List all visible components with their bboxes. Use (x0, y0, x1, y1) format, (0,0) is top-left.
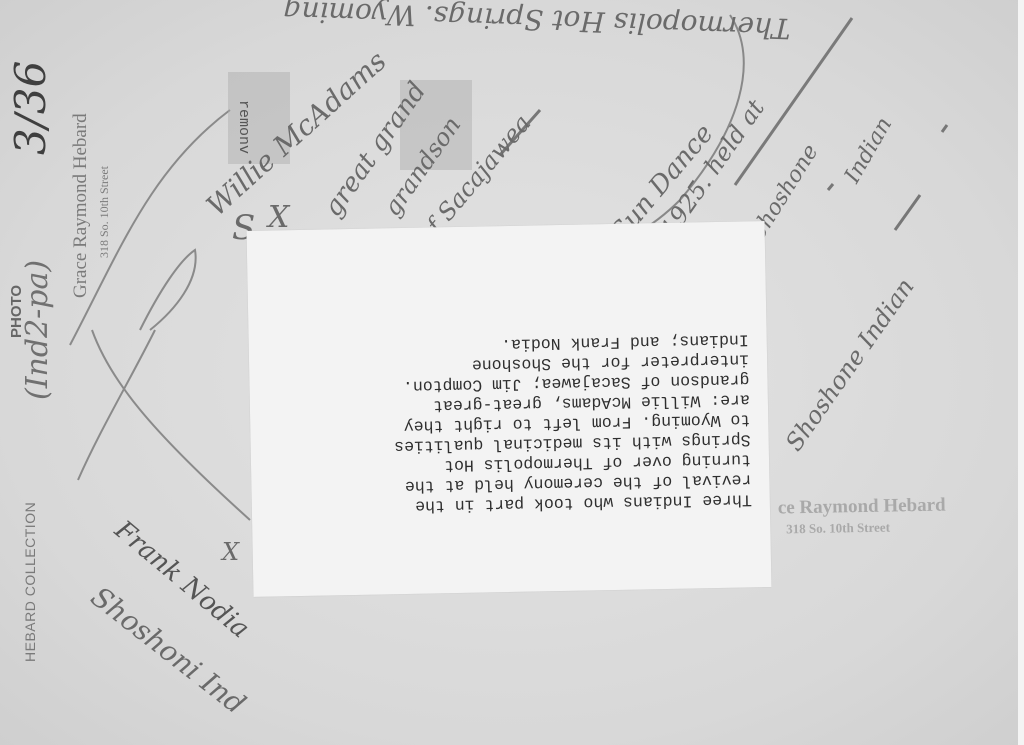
typed-caption: Three Indians who took part in the reviv… (279, 329, 752, 518)
tape-label: remonv (235, 100, 252, 154)
photo-label: PHOTO (8, 285, 25, 338)
faded-photographer-stamp: ce Raymond Hebard 318 So. 10th Street (778, 495, 947, 538)
faded-stamp-address: 318 So. 10th Street (786, 519, 946, 538)
photographer-address: 318 So. 10th Street (97, 166, 112, 258)
photographer-name: Grace Raymond Hebard (70, 113, 92, 298)
photo-back: remonv 3/36 (Ind2-pa) PHOTO Grace Raymon… (0, 0, 1024, 745)
note-x-mark-bottom: X (222, 538, 239, 566)
collection-label: HEBARD COLLECTION (22, 502, 38, 662)
typed-caption-card: Three Indians who took part in the reviv… (247, 221, 772, 597)
faded-stamp-name: ce Raymond Hebard (778, 495, 946, 520)
category-code: (Ind2-pa) (20, 260, 55, 400)
catalog-number: 3/36 (6, 61, 55, 155)
